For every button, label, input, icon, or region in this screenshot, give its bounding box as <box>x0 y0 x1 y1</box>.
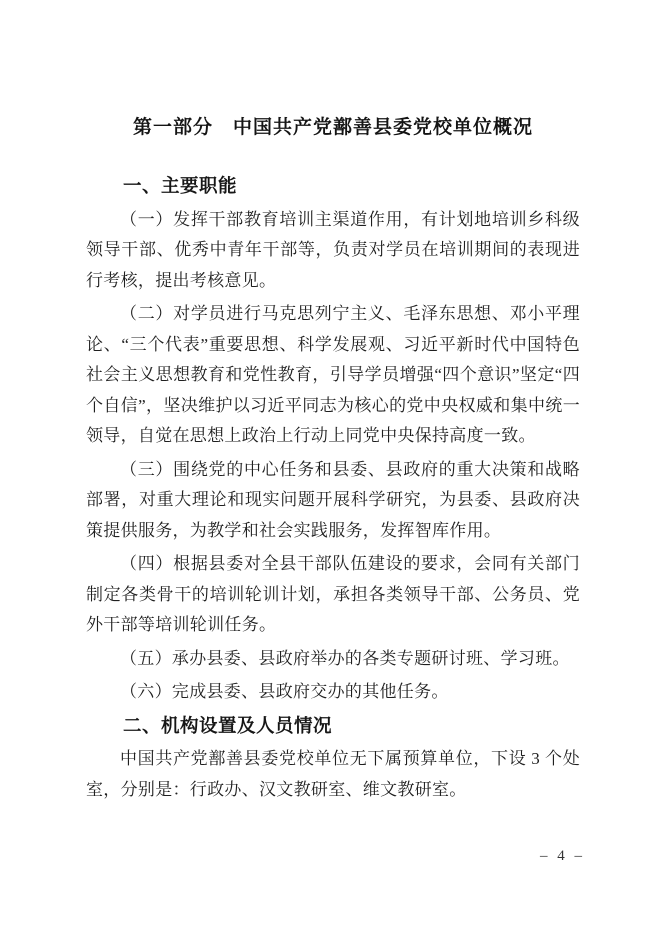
page-number: – 4 – <box>540 848 585 865</box>
section-heading-organization: 二、机构设置及人员情况 <box>86 711 580 742</box>
document-content: 第一部分 中国共产党鄯善县委党校单位概况 一、主要职能 （一）发挥干部教育培训主… <box>86 0 580 805</box>
document-title: 第一部分 中国共产党鄯善县委党校单位概况 <box>86 114 580 142</box>
paragraph-duty-2: （二）对学员进行马克思列宁主义、毛泽东思想、邓小平理论、“三个代表”重要思想、科… <box>86 299 580 452</box>
paragraph-organization-1: 中国共产党鄯善县委党校单位无下属预算单位，下设 3 个处室，分别是：行政办、汉文… <box>86 744 580 805</box>
paragraph-duty-3: （三）围绕党的中心任务和县委、县政府的重大决策和战略部署，对重大理论和现实问题开… <box>86 455 580 547</box>
paragraph-duty-1: （一）发挥干部教育培训主渠道作用，有计划地培训乡科级领导干部、优秀中青年干部等，… <box>86 205 580 297</box>
document-page: 第一部分 中国共产党鄯善县委党校单位概况 一、主要职能 （一）发挥干部教育培训主… <box>0 0 662 936</box>
paragraph-duty-4: （四）根据县委对全县干部队伍建设的要求，会同有关部门制定各类骨干的培训轮训计划，… <box>86 549 580 641</box>
paragraph-duty-6: （六）完成县委、县政府交办的其他任务。 <box>86 677 580 708</box>
paragraph-duty-5: （五）承办县委、县政府举办的各类专题研讨班、学习班。 <box>86 644 580 675</box>
section-heading-main-duties: 一、主要职能 <box>86 171 580 202</box>
